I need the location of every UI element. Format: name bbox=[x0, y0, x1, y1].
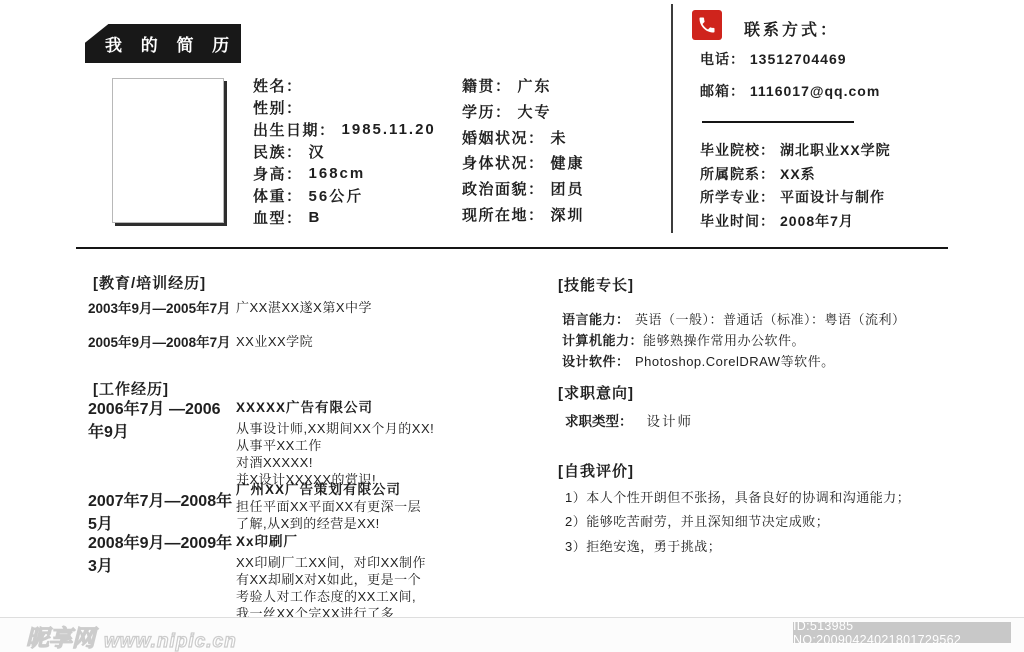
field-major: 所学专业：平面设计与制作 bbox=[700, 185, 891, 209]
field-bloodtype: 血型：B bbox=[253, 206, 436, 228]
section-header-intention: [求职意向] bbox=[558, 382, 634, 403]
phone-label: 电话： bbox=[700, 51, 745, 67]
contact-underline bbox=[702, 121, 854, 123]
education-school: 广XX湛XX遂X第X中学 bbox=[236, 297, 372, 316]
field-department: 所属院系：XX系 bbox=[700, 162, 891, 186]
vertical-divider bbox=[671, 4, 673, 233]
section-header-skills: [技能专长] bbox=[558, 274, 634, 295]
field-graduate-school: 毕业院校：湖北职业XX学院 bbox=[700, 138, 891, 162]
email-label: 邮箱： bbox=[700, 83, 745, 99]
education-rows: 2003年9月—2005年7月 广XX湛XX遂X第X中学 2005年9月—200… bbox=[88, 297, 372, 365]
photo-placeholder bbox=[112, 78, 224, 223]
resume-title-banner: 我 的 简 历 bbox=[85, 24, 241, 63]
skills-rows: 语言能力： 英语（一般）：普通话（标准）：粤语（流利） 计算机能力： 能够熟操作… bbox=[562, 308, 906, 371]
section-header-evaluation: [自我评价] bbox=[558, 460, 634, 481]
phone-number: 13512704469 bbox=[750, 51, 847, 67]
field-education: 学历：大专 bbox=[462, 99, 585, 125]
field-current-location: 现所在地：深圳 bbox=[462, 201, 585, 227]
intention-row: 求职类型： 设计师 bbox=[565, 410, 693, 430]
phone-icon bbox=[692, 10, 722, 40]
email-address: 1116017@qq.com bbox=[750, 83, 880, 99]
watermark: 昵享网 www.nipic.cn bbox=[26, 620, 237, 652]
graduation-info: 毕业院校：湖北职业XX学院 所属院系：XX系 所学专业：平面设计与制作 毕业时间… bbox=[700, 138, 891, 233]
work-company: 广州XX广告策划有限公司 bbox=[236, 478, 421, 498]
work-details: 担任平面XX平面XX有更深一层 了解,从X到的经营是XX! bbox=[236, 498, 421, 532]
education-row: 2005年9月—2008年7月 XX业XX学院 bbox=[88, 331, 372, 365]
field-gender: 性别： bbox=[253, 96, 436, 118]
work-entry: 2007年7月—2008年5月 广州XX广告策划有限公司 担任平面XX平面XX有… bbox=[88, 478, 421, 534]
intention-label: 求职类型： bbox=[565, 410, 633, 430]
resume-title: 我 的 简 历 bbox=[105, 31, 236, 56]
personal-info-right: 籍贯：广东 学历：大专 婚姻状况：未 身体状况：健康 政治面貌：团员 现所在地：… bbox=[462, 73, 585, 227]
education-school: XX业XX学院 bbox=[236, 331, 313, 350]
work-company: Xx印刷厂 bbox=[236, 530, 426, 550]
personal-info-left: 姓名： 性别： 出生日期：1985.11.20 民族：汉 身高：168cm 体重… bbox=[253, 74, 436, 228]
evaluation-items: 1）本人个性开朗但不张扬，具备良好的协调和沟通能力； 2）能够吃苦耐劳，并且深知… bbox=[565, 484, 910, 558]
field-birthdate: 出生日期：1985.11.20 bbox=[253, 118, 436, 140]
work-entry: 2006年7月 —2006年9月 XXXXX广告有限公司 从事设计师,XX期间X… bbox=[88, 396, 434, 488]
evaluation-item: 3）拒绝安逸，勇于挑战； bbox=[565, 533, 910, 558]
skill-row-language: 语言能力： 英语（一般）：普通话（标准）：粤语（流利） bbox=[562, 308, 906, 329]
skill-row-computer: 计算机能力： 能够熟操作常用办公软件。 bbox=[562, 329, 906, 350]
main-horizontal-divider bbox=[76, 247, 948, 249]
field-native-place: 籍贯：广东 bbox=[462, 73, 585, 99]
evaluation-item: 1）本人个性开朗但不张扬，具备良好的协调和沟通能力； bbox=[565, 484, 910, 509]
watermark-url: www.nipic.cn bbox=[104, 631, 237, 652]
work-period: 2008年9月—2009年3月 bbox=[88, 530, 236, 576]
watermark-site-name: 昵享网 bbox=[26, 620, 95, 652]
section-header-education: [教育/培训经历] bbox=[93, 272, 206, 293]
education-row: 2003年9月—2005年7月 广XX湛XX遂X第X中学 bbox=[88, 297, 372, 331]
field-political-status: 政治面貌：团员 bbox=[462, 176, 585, 202]
education-period: 2003年9月—2005年7月 bbox=[88, 297, 236, 317]
field-name: 姓名： bbox=[253, 74, 436, 96]
phone-handset-glyph bbox=[697, 15, 717, 35]
image-id-badge: ID:513985 NO:20090424021801729562 bbox=[793, 622, 1011, 643]
contact-heading: 联系方式： bbox=[744, 17, 839, 40]
phone-row: 电话： 13512704469 bbox=[700, 49, 847, 69]
field-weight: 体重：56公斤 bbox=[253, 184, 436, 206]
work-period: 2007年7月—2008年5月 bbox=[88, 478, 236, 534]
field-graduation-date: 毕业时间：2008年7月 bbox=[700, 209, 891, 233]
evaluation-item: 2）能够吃苦耐劳，并且深知细节决定成败； bbox=[565, 509, 910, 534]
field-health: 身体状况：健康 bbox=[462, 150, 585, 176]
email-row: 邮箱： 1116017@qq.com bbox=[700, 81, 880, 101]
skill-row-design-software: 设计软件： Photoshop.CorelDRAW等软件。 bbox=[562, 350, 906, 371]
intention-value: 设计师 bbox=[647, 410, 694, 430]
education-period: 2005年9月—2008年7月 bbox=[88, 331, 236, 351]
field-marital-status: 婚姻状况：未 bbox=[462, 124, 585, 150]
work-company: XXXXX广告有限公司 bbox=[236, 396, 434, 416]
field-height: 身高：168cm bbox=[253, 162, 436, 184]
field-ethnicity: 民族：汉 bbox=[253, 140, 436, 162]
work-period: 2006年7月 —2006年9月 bbox=[88, 396, 236, 442]
